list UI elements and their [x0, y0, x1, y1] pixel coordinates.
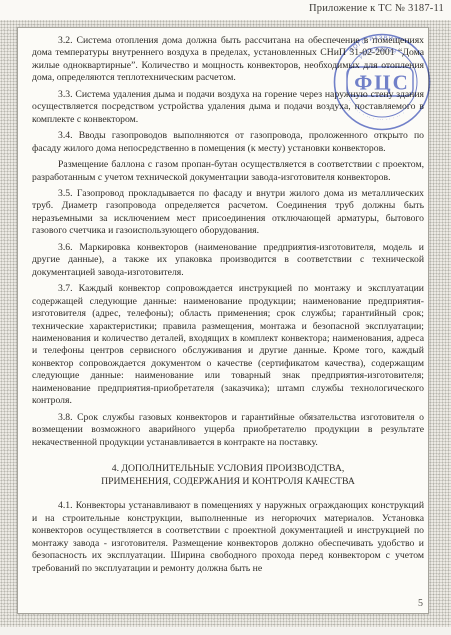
paragraph-3-4: 3.4. Вводы газопроводов выполняются от г… [32, 130, 424, 155]
document-body-text: 3.2. Система отопления дома должна быть … [32, 35, 424, 601]
paragraph-3-7: 3.7. Каждый конвектор сопровождается инс… [32, 283, 424, 408]
paragraph-balloon-placement: Размещение баллона с газом пропан-бутан … [32, 159, 424, 184]
page-number: 5 [418, 598, 423, 609]
document-page: 3.2. Система отопления дома должна быть … [17, 27, 429, 614]
paragraph-3-8: 3.8. Срок службы газовых конвекторов и г… [32, 412, 424, 449]
paragraph-3-2: 3.2. Система отопления дома должна быть … [32, 35, 424, 85]
section-4-heading-line2: ПРИМЕНЕНИЯ, СОДЕРЖАНИЯ И КОНТРОЛЯ КАЧЕСТ… [32, 476, 424, 489]
paragraph-3-6: 3.6. Маркировка конвекторов (наименовани… [32, 242, 424, 279]
appendix-header-label: Приложение к ТС № 3187-11 [309, 3, 444, 14]
section-4-heading: 4. ДОПОЛНИТЕЛЬНЫЕ УСЛОВИЯ ПРОИЗВОДСТВА, … [32, 463, 424, 488]
paragraph-4-1: 4.1. Конвекторы устанавливают в помещени… [32, 500, 424, 575]
paragraph-3-3: 3.3. Система удаления дыма и подачи возд… [32, 89, 424, 126]
paragraph-3-5: 3.5. Газопровод прокладывается по фасаду… [32, 188, 424, 238]
section-4-heading-line1: 4. ДОПОЛНИТЕЛЬНЫЕ УСЛОВИЯ ПРОИЗВОДСТВА, [32, 463, 424, 476]
page-top-margin: Приложение к ТС № 3187-11 [0, 0, 451, 20]
